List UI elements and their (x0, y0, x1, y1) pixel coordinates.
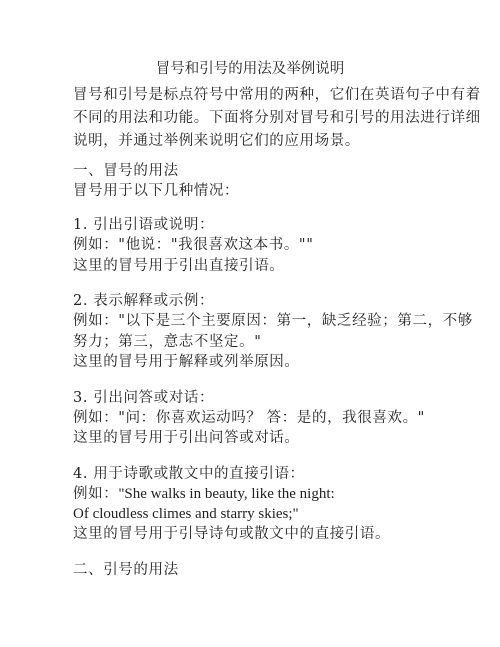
item-example: 例如："他说："我很喜欢这本书。"" (73, 235, 313, 255)
section-heading: 一、冒号的用法 (73, 161, 179, 181)
item-example: 例如："She walks in beauty, like the night: (73, 484, 335, 504)
intro-line: 不同的用法和功能。下面将分别对冒号和引号的用法进行详细 (73, 108, 481, 128)
document-page: 冒号和引号的用法及举例说明 冒号和引号是标点符号中常用的两种，它们在英语句子中有… (0, 0, 500, 647)
item-note: 这里的冒号用于解释或列举原因。 (73, 352, 300, 372)
item-heading: 2. 表示解释或示例： (73, 291, 214, 311)
section-heading: 二、引号的用法 (73, 560, 179, 580)
example-prefix: 例如： (73, 486, 118, 502)
intro-line: 说明，并通过举例来说明它们的应用场景。 (73, 131, 360, 151)
section-lead: 冒号用于以下几种情况： (73, 181, 239, 201)
item-note: 这里的冒号用于引导诗句或散文中的直接引语。 (73, 524, 390, 544)
item-heading: 1. 引出引语或说明： (73, 215, 214, 235)
item-heading: 4. 用于诗歌或散文中的直接引语： (73, 464, 305, 484)
poem-line: Of cloudless climes and starry skies;" (73, 504, 299, 524)
item-example: 努力；第三，意志不坚定。" (73, 332, 261, 352)
intro-line: 冒号和引号是标点符号中常用的两种，它们在英语句子中有着 (73, 85, 481, 105)
item-heading: 3. 引出问答或对话： (73, 388, 214, 408)
item-example: 例如："以下是三个主要原因：第一，缺乏经验；第二，不够 (73, 311, 473, 331)
document-title: 冒号和引号的用法及举例说明 (0, 59, 500, 79)
item-note: 这里的冒号用于引出直接引语。 (73, 256, 284, 276)
item-note: 这里的冒号用于引出问答或对话。 (73, 428, 300, 448)
item-example: 例如："问：你喜欢运动吗？ 答：是的，我很喜欢。" (73, 408, 425, 428)
poem-line: "She walks in beauty, like the night: (118, 486, 334, 502)
